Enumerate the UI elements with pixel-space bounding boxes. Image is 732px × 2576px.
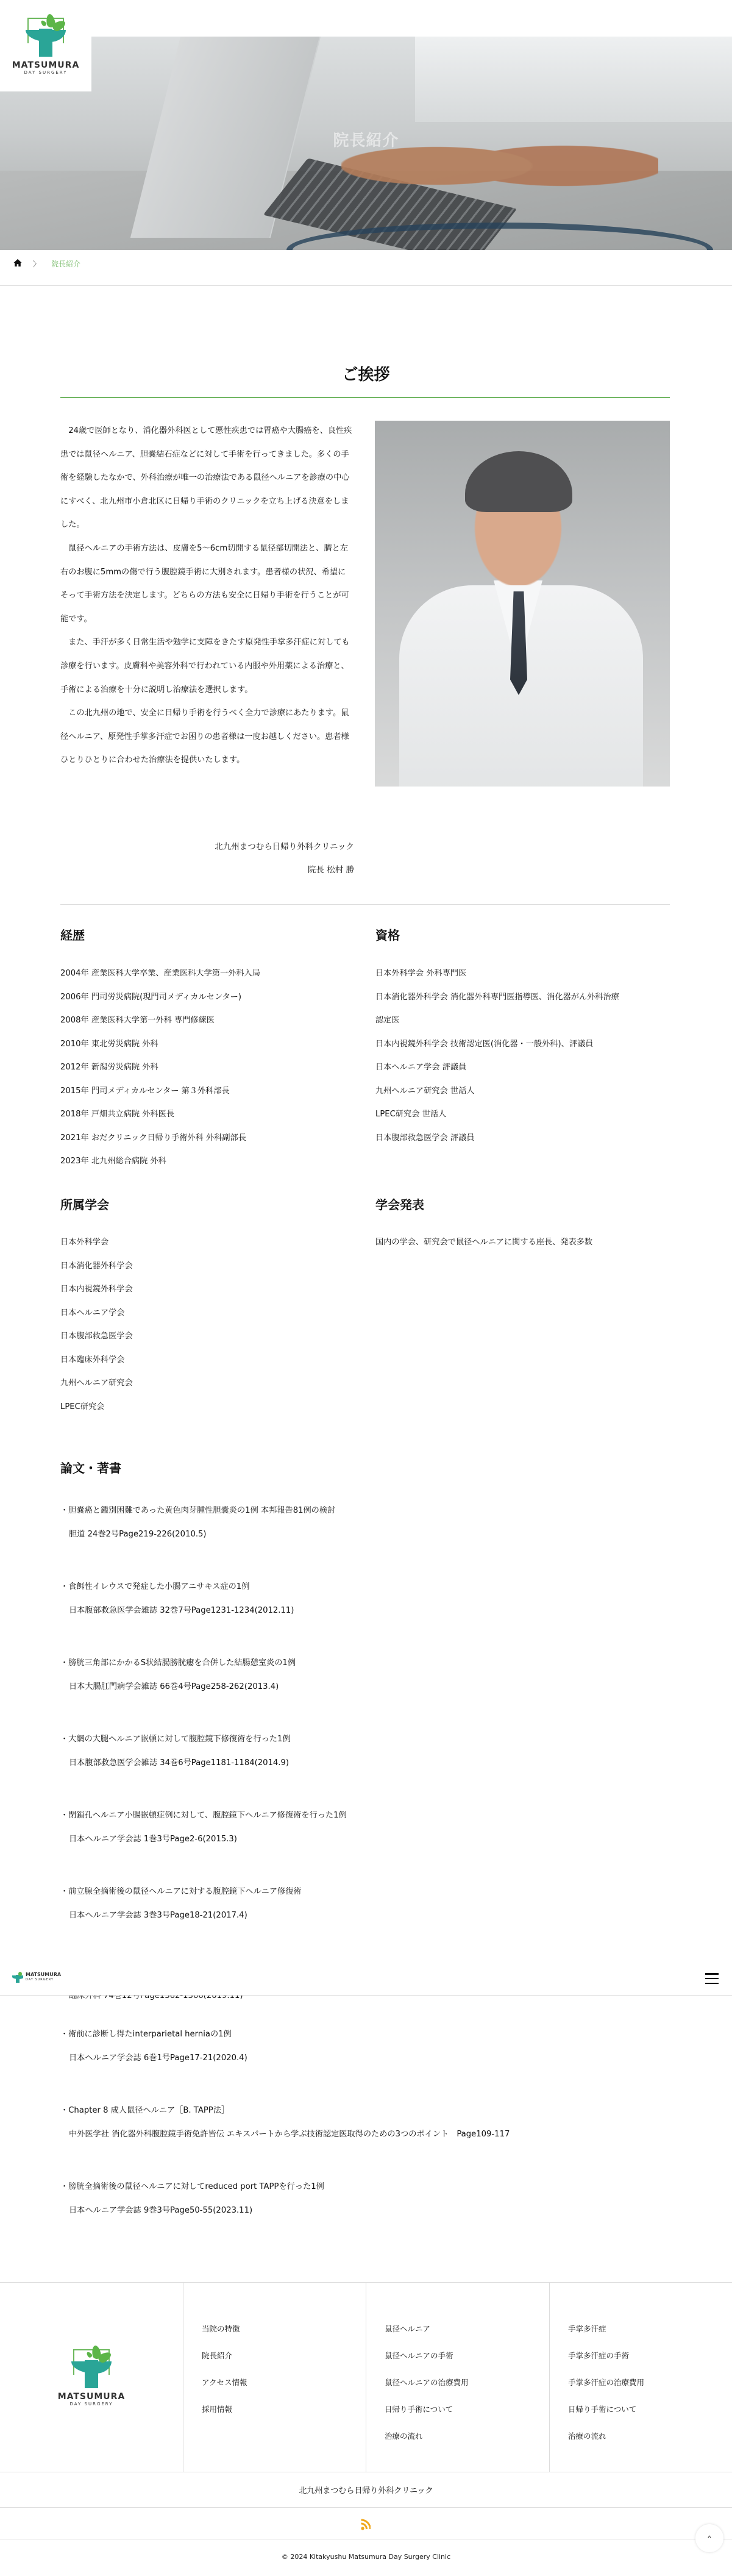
qualification-item: 日本消化器外科学会 消化器外科専門医指導医、消化器がん外科治療	[375, 986, 619, 1010]
copyright: © 2024 Kitakyushu Matsumura Day Surgery …	[0, 2553, 732, 2561]
divider	[60, 904, 670, 905]
paper-source: 日本大腸肛門病学会雑誌 66巻4号Page258-262(2013.4)	[60, 1675, 670, 1699]
career-item: 2006年 門司労災病院(現門司メディカルセンター)	[60, 986, 260, 1010]
home-icon	[13, 259, 22, 267]
rss-icon[interactable]	[361, 2518, 371, 2530]
sticky-header: MATSUMURADAY SURGERY	[0, 1962, 732, 1996]
footer-col-hyperhidrosis: 手掌多汗症 手掌多汗症の手術 手掌多汗症の治療費用 日帰り手術について 治療の流…	[549, 2283, 732, 2472]
paper-title: ・食餌性イレウスで発症した小腸アニサキス症の1例	[60, 1575, 670, 1599]
paper-title: ・胆嚢癌と鑑別困難であった黄色肉芽腫性胆嚢炎の1例 本邦報告81例の検討	[60, 1499, 670, 1523]
paper-title: ・術前に診断し得たinterparietal herniaの1例	[60, 2023, 670, 2047]
footer-link[interactable]: 鼠径ヘルニアの治療費用	[385, 2378, 469, 2387]
footer-link[interactable]: 手掌多汗症の手術	[568, 2351, 629, 2360]
paper-item: ・Chapter 8 成人鼠径ヘルニア［B. TAPP法］中外医学社 消化器外科…	[60, 2099, 670, 2146]
qualifications-heading: 資格	[375, 926, 400, 943]
footer-nav: MATSUMURA DAY SURGERY 当院の特徴 院長紹介 アクセス情報 …	[0, 2283, 732, 2472]
paper-item: ・胆嚢癌と鑑別困難であった黄色肉芽腫性胆嚢炎の1例 本邦報告81例の検討胆道 2…	[60, 1499, 670, 1546]
greeting-paragraph: 24歳で医師となり、消化器外科医として悪性疾患では胃癌や大腸癌を、良性疾患では鼠…	[60, 419, 353, 537]
qualifications-list: 日本外科学会 外科専門医 日本消化器外科学会 消化器外科専門医指導医、消化器がん…	[375, 962, 619, 1150]
qualification-item: 日本外科学会 外科専門医	[375, 962, 619, 986]
paper-item: ・膀胱三角部にかかるS状結腸膀胱瘻を合併した結腸憩室炎の1例日本大腸肛門病学会雑…	[60, 1652, 670, 1699]
career-item: 2021年 おだクリニック日帰り手術外科 外科副部長	[60, 1127, 260, 1151]
greeting-paragraph: この北九州の地で、安全に日帰り手術を行うべく全力で診療にあたります。鼠径ヘルニア…	[60, 702, 353, 772]
societies-heading: 所属学会	[60, 1195, 109, 1213]
footer-col-hernia: 鼠径ヘルニア 鼠径ヘルニアの手術 鼠径ヘルニアの治療費用 日帰り手術について 治…	[366, 2283, 549, 2472]
divider	[0, 2472, 732, 2472]
society-item: 日本外科学会	[60, 1231, 133, 1255]
paper-item: ・閉鎖孔ヘルニア小腸嵌頓症例に対して、腹腔鏡下ヘルニア修復術を行った1例日本ヘル…	[60, 1804, 670, 1851]
footer-link[interactable]: アクセス情報	[202, 2378, 247, 2387]
paper-source: 日本ヘルニア学会誌 6巻1号Page17-21(2020.4)	[60, 2047, 670, 2071]
logo-subtitle: DAY SURGERY	[24, 70, 68, 75]
logo-cross-icon	[12, 1972, 23, 1983]
presentations-list: 国内の学会、研究会で鼠径ヘルニアに関する座長、発表多数	[375, 1231, 592, 1255]
paper-title: ・閉鎖孔ヘルニア小腸嵌頓症例に対して、腹腔鏡下ヘルニア修復術を行った1例	[60, 1804, 670, 1828]
header-logo-text: MATSUMURADAY SURGERY	[26, 1972, 61, 1983]
qualification-item: LPEC研究会 世話人	[375, 1103, 619, 1127]
papers-list-continued: ・術前に診断し得たinterparietal herniaの1例日本ヘルニア学会…	[60, 2023, 670, 2252]
logo-cross-icon	[26, 16, 66, 57]
divider	[0, 2539, 732, 2539]
society-item: LPEC研究会	[60, 1396, 133, 1419]
greeting-title: ご挨拶	[0, 362, 732, 385]
paper-source: 日本ヘルニア学会誌 9巻3号Page50-55(2023.11)	[60, 2199, 670, 2223]
breadcrumb-separator-icon: 〉	[33, 259, 40, 269]
career-list: 2004年 産業医科大学卒業、産業医科大学第一外科入局 2006年 門司労災病院…	[60, 962, 260, 1174]
paper-item: ・術前に診断し得たinterparietal herniaの1例日本ヘルニア学会…	[60, 2023, 670, 2070]
divider	[0, 2507, 732, 2508]
footer-logo[interactable]: MATSUMURA DAY SURGERY	[0, 2283, 183, 2472]
hamburger-menu-icon[interactable]	[705, 1973, 719, 1984]
divider	[0, 285, 732, 286]
career-item: 2023年 北九州総合病院 外科	[60, 1150, 260, 1174]
paper-title: ・Chapter 8 成人鼠径ヘルニア［B. TAPP法］	[60, 2099, 670, 2123]
paper-title: ・大網の大腿ヘルニア嵌頓に対して腹腔鏡下修復術を行った1例	[60, 1728, 670, 1752]
signature-clinic: 北九州まつむら日帰り外科クリニック	[215, 835, 354, 858]
career-item: 2004年 産業医科大学卒業、産業医科大学第一外科入局	[60, 962, 260, 986]
hero-coat-bg	[415, 37, 732, 122]
qualification-item: 九州ヘルニア研究会 世話人	[375, 1080, 619, 1104]
presentations-heading: 学会発表	[375, 1195, 424, 1213]
footer-clinic-name: 北九州まつむら日帰り外科クリニック	[0, 2484, 732, 2496]
greeting-signature-block: 北九州まつむら日帰り外科クリニック 院長 松村 勝	[215, 835, 354, 882]
footer-link[interactable]: 治療の流れ	[568, 2432, 606, 2441]
logo-name: MATSUMURA	[12, 60, 80, 70]
society-item: 日本臨床外科学会	[60, 1349, 133, 1372]
society-item: 日本消化器外科学会	[60, 1255, 133, 1279]
footer-link[interactable]: 手掌多汗症	[568, 2324, 606, 2333]
breadcrumb: 〉 院長紹介	[13, 259, 80, 269]
signature-name: 院長 松村 勝	[215, 858, 354, 882]
qualification-item: 日本腹部救急医学会 評議員	[375, 1127, 619, 1151]
society-item: 日本内視鏡外科学会	[60, 1278, 133, 1302]
greeting-paragraph: また、手汗が多く日常生活や勉学に支障をきたす原発性手掌多汗症に対しても診療を行い…	[60, 631, 353, 702]
footer-link[interactable]: 日帰り手術について	[568, 2405, 636, 2414]
footer-link[interactable]: 鼠径ヘルニア	[385, 2324, 430, 2333]
footer-link[interactable]: 院長紹介	[202, 2351, 232, 2360]
paper-source: 日本腹部救急医学会雑誌 34巻6号Page1181-1184(2014.9)	[60, 1752, 670, 1775]
career-item: 2008年 産業医科大学第一外科 専門修練医	[60, 1009, 260, 1033]
footer-link[interactable]: 当院の特徴	[202, 2324, 240, 2333]
career-item: 2010年 東北労災病院 外科	[60, 1033, 260, 1057]
paper-source: 日本ヘルニア学会誌 3巻3号Page18-21(2017.4)	[60, 1904, 670, 1928]
hero-title: 院長紹介	[0, 128, 732, 151]
paper-source: 胆道 24巻2号Page219-226(2010.5)	[60, 1523, 670, 1547]
director-photo	[375, 421, 670, 787]
presentation-item: 国内の学会、研究会で鼠径ヘルニアに関する座長、発表多数	[375, 1231, 592, 1255]
society-item: 九州ヘルニア研究会	[60, 1372, 133, 1396]
career-heading: 経歴	[60, 926, 85, 943]
qualification-item: 日本内視鏡外科学会 技術認定医(消化器・一般外科)、評議員	[375, 1033, 619, 1057]
paper-item: ・大網の大腿ヘルニア嵌頓に対して腹腔鏡下修復術を行った1例日本腹部救急医学会雑誌…	[60, 1728, 670, 1775]
paper-source: 日本腹部救急医学会雑誌 32巻7号Page1231-1234(2012.11)	[60, 1599, 670, 1623]
logo-subtitle: DAY SURGERY	[70, 2402, 113, 2407]
hero-banner: 院長紹介	[0, 37, 732, 250]
societies-list: 日本外科学会 日本消化器外科学会 日本内視鏡外科学会 日本ヘルニア学会 日本腹部…	[60, 1231, 133, 1419]
footer-col-clinic: 当院の特徴 院長紹介 アクセス情報 採用情報	[183, 2283, 366, 2472]
scroll-to-top-button[interactable]: ^	[695, 2524, 723, 2552]
papers-list: ・胆嚢癌と鑑別困難であった黄色肉芽腫性胆嚢炎の1例 本邦報告81例の検討胆道 2…	[60, 1499, 670, 2033]
paper-title: ・前立腺全摘術後の鼠径ヘルニアに対する腹腔鏡下ヘルニア修復術	[60, 1880, 670, 1904]
footer-link[interactable]: 採用情報	[202, 2405, 232, 2414]
greeting-paragraph: 鼠径ヘルニアの手術方法は、皮膚を5〜6cm切開する鼠径部切開法と、臍と左右のお腹…	[60, 537, 353, 631]
site-logo[interactable]: MATSUMURA DAY SURGERY	[0, 0, 91, 91]
greeting-underline	[60, 397, 670, 398]
qualification-item: 認定医	[375, 1009, 619, 1033]
society-item: 日本腹部救急医学会	[60, 1325, 133, 1349]
footer-link[interactable]: 治療の流れ	[385, 2432, 423, 2441]
qualification-item: 日本ヘルニア学会 評議員	[375, 1056, 619, 1080]
papers-heading: 論文・著書	[60, 1458, 121, 1476]
paper-item: ・前立腺全摘術後の鼠径ヘルニアに対する腹腔鏡下ヘルニア修復術日本ヘルニア学会誌 …	[60, 1880, 670, 1927]
chevron-up-icon: ^	[708, 2534, 711, 2542]
greeting-body: 24歳で医師となり、消化器外科医として悪性疾患では胃癌や大腸癌を、良性疾患では鼠…	[60, 419, 353, 772]
logo-cross-icon	[71, 2348, 112, 2388]
footer-link[interactable]: 鼠径ヘルニアの手術	[385, 2351, 453, 2360]
society-item: 日本ヘルニア学会	[60, 1302, 133, 1325]
paper-item: ・食餌性イレウスで発症した小腸アニサキス症の1例日本腹部救急医学会雑誌 32巻7…	[60, 1575, 670, 1622]
logo-name: MATSUMURA	[58, 2392, 126, 2402]
paper-title: ・膀胱全摘術後の鼠径ヘルニアに対してreduced port TAPPを行った1…	[60, 2175, 670, 2199]
career-item: 2018年 戸畑共立病院 外科医長	[60, 1103, 260, 1127]
career-item: 2015年 門司メディカルセンター 第３外科部長	[60, 1080, 260, 1104]
paper-item: ・膀胱全摘術後の鼠径ヘルニアに対してreduced port TAPPを行った1…	[60, 2175, 670, 2222]
paper-source: 日本ヘルニア学会誌 1巻3号Page2-6(2015.3)	[60, 1828, 670, 1852]
breadcrumb-home[interactable]	[13, 259, 22, 269]
footer-link[interactable]: 手掌多汗症の治療費用	[568, 2378, 644, 2387]
header-logo[interactable]: MATSUMURADAY SURGERY	[12, 1972, 61, 1983]
paper-title: ・膀胱三角部にかかるS状結腸膀胱瘻を合併した結腸憩室炎の1例	[60, 1652, 670, 1675]
career-item: 2012年 新潟労災病院 外科	[60, 1056, 260, 1080]
breadcrumb-current: 院長紹介	[51, 259, 80, 269]
footer-link[interactable]: 日帰り手術について	[385, 2405, 453, 2414]
paper-source: 中外医学社 消化器外科腹腔鏡手術免許皆伝 エキスパートから学ぶ技術認定医取得のた…	[60, 2123, 670, 2147]
